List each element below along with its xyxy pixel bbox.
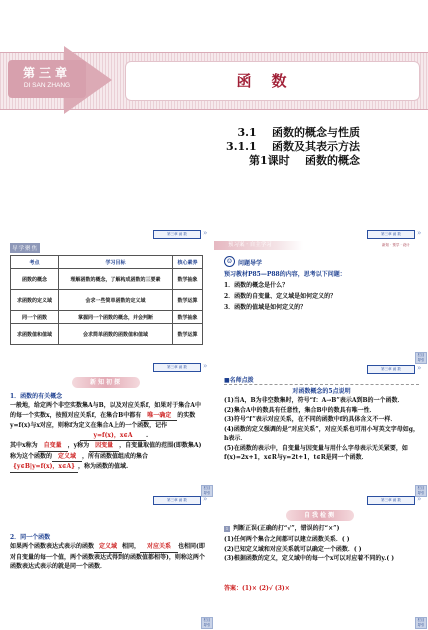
- table-row: 同一个函数掌握同一个函数的概念，并会判断数学抽象: [11, 311, 203, 324]
- nav-corner-button[interactable]: 栏目导引: [415, 352, 427, 364]
- chapter-tag: 第三章 函 数: [153, 496, 201, 505]
- tip-item: (5)在函数的表示中，自变量与因变量与用什么字母表示无关紧要，如f(x)=2x+…: [224, 444, 419, 463]
- table-header-row: 考点 学习目标 核心素养: [11, 256, 203, 269]
- text: 相同，: [122, 543, 140, 550]
- cell: 数学抽象: [172, 269, 202, 290]
- guide-badge: 导学聚焦: [10, 243, 40, 253]
- cell: 求函数的定义域: [11, 290, 59, 311]
- chapter-title: 函数: [125, 70, 418, 91]
- header-cell: 学习目标: [59, 256, 173, 269]
- chapter-tag: 第三章 函 数: [367, 496, 415, 505]
- table-row: 求函数值和值域会求简单函数的函数值和值域数学运算: [11, 324, 203, 345]
- preview-bar-right: 新知 · 预学 · 设计: [382, 243, 410, 248]
- slide-tips: 栏目导引 第三章 函 数 » ■名师点拨 对函数概念的5点说明 (1)当A，B为…: [214, 352, 428, 492]
- chapter-label-cn: 第三章: [12, 64, 82, 81]
- tips-title: 对函数概念的5点说明: [224, 386, 419, 395]
- double-chevron-icon: »: [203, 230, 207, 237]
- cover-slide: 第三章 DI SAN ZHANG 函数 3.1 函数的概念与性质 3.1.1 函…: [0, 0, 428, 200]
- preview-bar: 预习案 · 自主学习: [214, 241, 303, 250]
- slide-self-check: 第三章 函 数 » 自我检测 1 判断正误(正确的打“√”，错误的打“×”) (…: [214, 496, 428, 630]
- text: ，所有函数值组成的集合: [82, 453, 148, 460]
- slide-preview: 第三章 函 数 » 预习案 · 自主学习 新知 · 预学 · 设计 ☺ 问题导学…: [214, 230, 428, 350]
- chapter-label-en: DI SAN ZHANG: [10, 82, 84, 89]
- cell: 同一个函数: [11, 311, 59, 324]
- tips-heading: ■名师点拨: [224, 375, 419, 385]
- tip-item: (4)函数的定义强调的是“对应关系”，对应关系也可用小写英文字母如g，h表示．: [224, 425, 419, 444]
- definition-text: 一般地，给定两个非空实数集A与B，以及对应关系f，如果对于集合A中的每一个实数x…: [10, 401, 205, 473]
- cell: 理解函数的概念，了解构成函数的三要素: [59, 269, 173, 290]
- double-chevron-icon: »: [417, 365, 421, 372]
- same-function-text: 如果两个函数表达式表示的函数定义域相同，对应关系也相同(即对自变量的每一个值，两…: [10, 542, 205, 572]
- preview-intro: 预习教材P85—P88的内容，思考以下问题：: [224, 270, 346, 280]
- text: 如果两个函数表达式表示的函数: [10, 543, 94, 550]
- chapter-tag: 第三章 函 数: [367, 365, 415, 374]
- cell: 会求一些简单函数的定义域: [59, 290, 173, 311]
- double-chevron-icon: »: [203, 363, 207, 370]
- blank-answer: 定义域: [52, 452, 82, 463]
- check-item: (3)根据函数的定义，定义域中的每一个x可以对应着不同的y.( ): [224, 554, 419, 564]
- slide-goals: 第三章 函 数 » 导学聚焦 考点 学习目标 核心素养 函数的概念理解函数的概念…: [0, 230, 214, 350]
- tip-item: (2)集合A中的数具有任意性，集合B中的数具有唯一性．: [224, 406, 419, 416]
- cell: 数学运算: [172, 290, 202, 311]
- double-chevron-icon: »: [203, 496, 207, 503]
- blank-answer: 定义域: [94, 542, 122, 553]
- header-cell: 考点: [11, 256, 59, 269]
- question-number-badge: 1: [224, 526, 230, 532]
- section-banner: 自我检测: [286, 510, 354, 521]
- section-heading: 2．同一个函数: [10, 532, 50, 541]
- question-item: 1．函数的概念是什么？: [224, 281, 288, 291]
- cell: 函数的概念: [11, 269, 59, 290]
- smiley-icon: ☺: [224, 256, 235, 267]
- chapter-tag: 第三章 函 数: [153, 363, 201, 372]
- tips-list: (1)当A，B为非空数集时，符号“f：A→B”表示A到B的一个函数． (2)集合…: [224, 396, 419, 463]
- text: ，称为函数的值域.: [78, 463, 128, 470]
- section-heading: 问题导学: [238, 258, 262, 267]
- nav-corner-button[interactable]: 栏目导引: [201, 617, 213, 629]
- cell: 掌握同一个函数的概念，并会判断: [59, 311, 173, 324]
- check-list: (1)任何两个集合之间都可以建立函数关系．( ) (2)已知定义域和对应关系就可…: [224, 535, 419, 564]
- tip-item: (3)符号“f”表示对应关系，在不同的函数中f的具体含义不一样．: [224, 415, 419, 425]
- goals-table: 考点 学习目标 核心素养 函数的概念理解函数的概念，了解构成函数的三要素数学抽象…: [10, 255, 203, 345]
- nav-corner-button[interactable]: 栏目导引: [415, 617, 427, 629]
- cell: 求函数值和值域: [11, 324, 59, 345]
- chapter-tag: 第三章 函 数: [153, 230, 201, 239]
- blank-answer: 唯一确定: [141, 411, 177, 422]
- question-stem: 判断正误(正确的打“√”，错误的打“×”): [233, 524, 339, 534]
- slide-new-knowledge: 第三章 函 数 » 新知初探 1．函数的有关概念 一般地，给定两个非空实数集A与…: [0, 363, 214, 493]
- blank-answer: 因变量: [89, 441, 119, 452]
- section-banner: 新知初探: [72, 377, 140, 388]
- tip-item: (1)当A，B为非空数集时，符号“f：A→B”表示A到B的一个函数．: [224, 396, 419, 406]
- text: 其中x称为: [10, 442, 38, 449]
- table-row: 求函数的定义域会求一些简单函数的定义域数学运算: [11, 290, 203, 311]
- blank-answer: {y∈B|y=f(x)，x∈A}: [10, 462, 78, 473]
- table-row: 函数的概念理解函数的概念，了解构成函数的三要素数学抽象: [11, 269, 203, 290]
- answer-text: 答案：(1)× (2)√ (3)×: [224, 584, 290, 594]
- cell: 会求简单函数的函数值和值域: [59, 324, 173, 345]
- blank-answer: y=f(x)，x∈A: [80, 431, 146, 442]
- section-heading: 1．函数的有关概念: [10, 391, 62, 400]
- lesson-title: 第1课时 函数的概念: [249, 152, 360, 168]
- slide-same-function: 第三章 函 数 » 2．同一个函数 如果两个函数表达式表示的函数定义域相同，对应…: [0, 496, 214, 630]
- blank-answer: 自变量: [38, 441, 68, 452]
- check-item: (2)已知定义域和对应关系就可以确定一个函数．( ): [224, 545, 419, 555]
- chapter-tag: 第三章 函 数: [367, 230, 415, 239]
- cell: 数学运算: [172, 324, 202, 345]
- question-item: 2．函数的自变量、定义域是如何定义的？: [224, 292, 336, 302]
- header-cell: 核心素养: [172, 256, 202, 269]
- check-item: (1)任何两个集合之间都可以建立函数关系．( ): [224, 535, 419, 545]
- double-chevron-icon: »: [417, 230, 421, 237]
- cell: 数学抽象: [172, 311, 202, 324]
- question-item: 3．函数的值域是如何定义的？: [224, 303, 306, 313]
- double-chevron-icon: »: [417, 496, 421, 503]
- blank-answer: 对应关系: [140, 542, 178, 553]
- text: ，y称为: [68, 442, 90, 449]
